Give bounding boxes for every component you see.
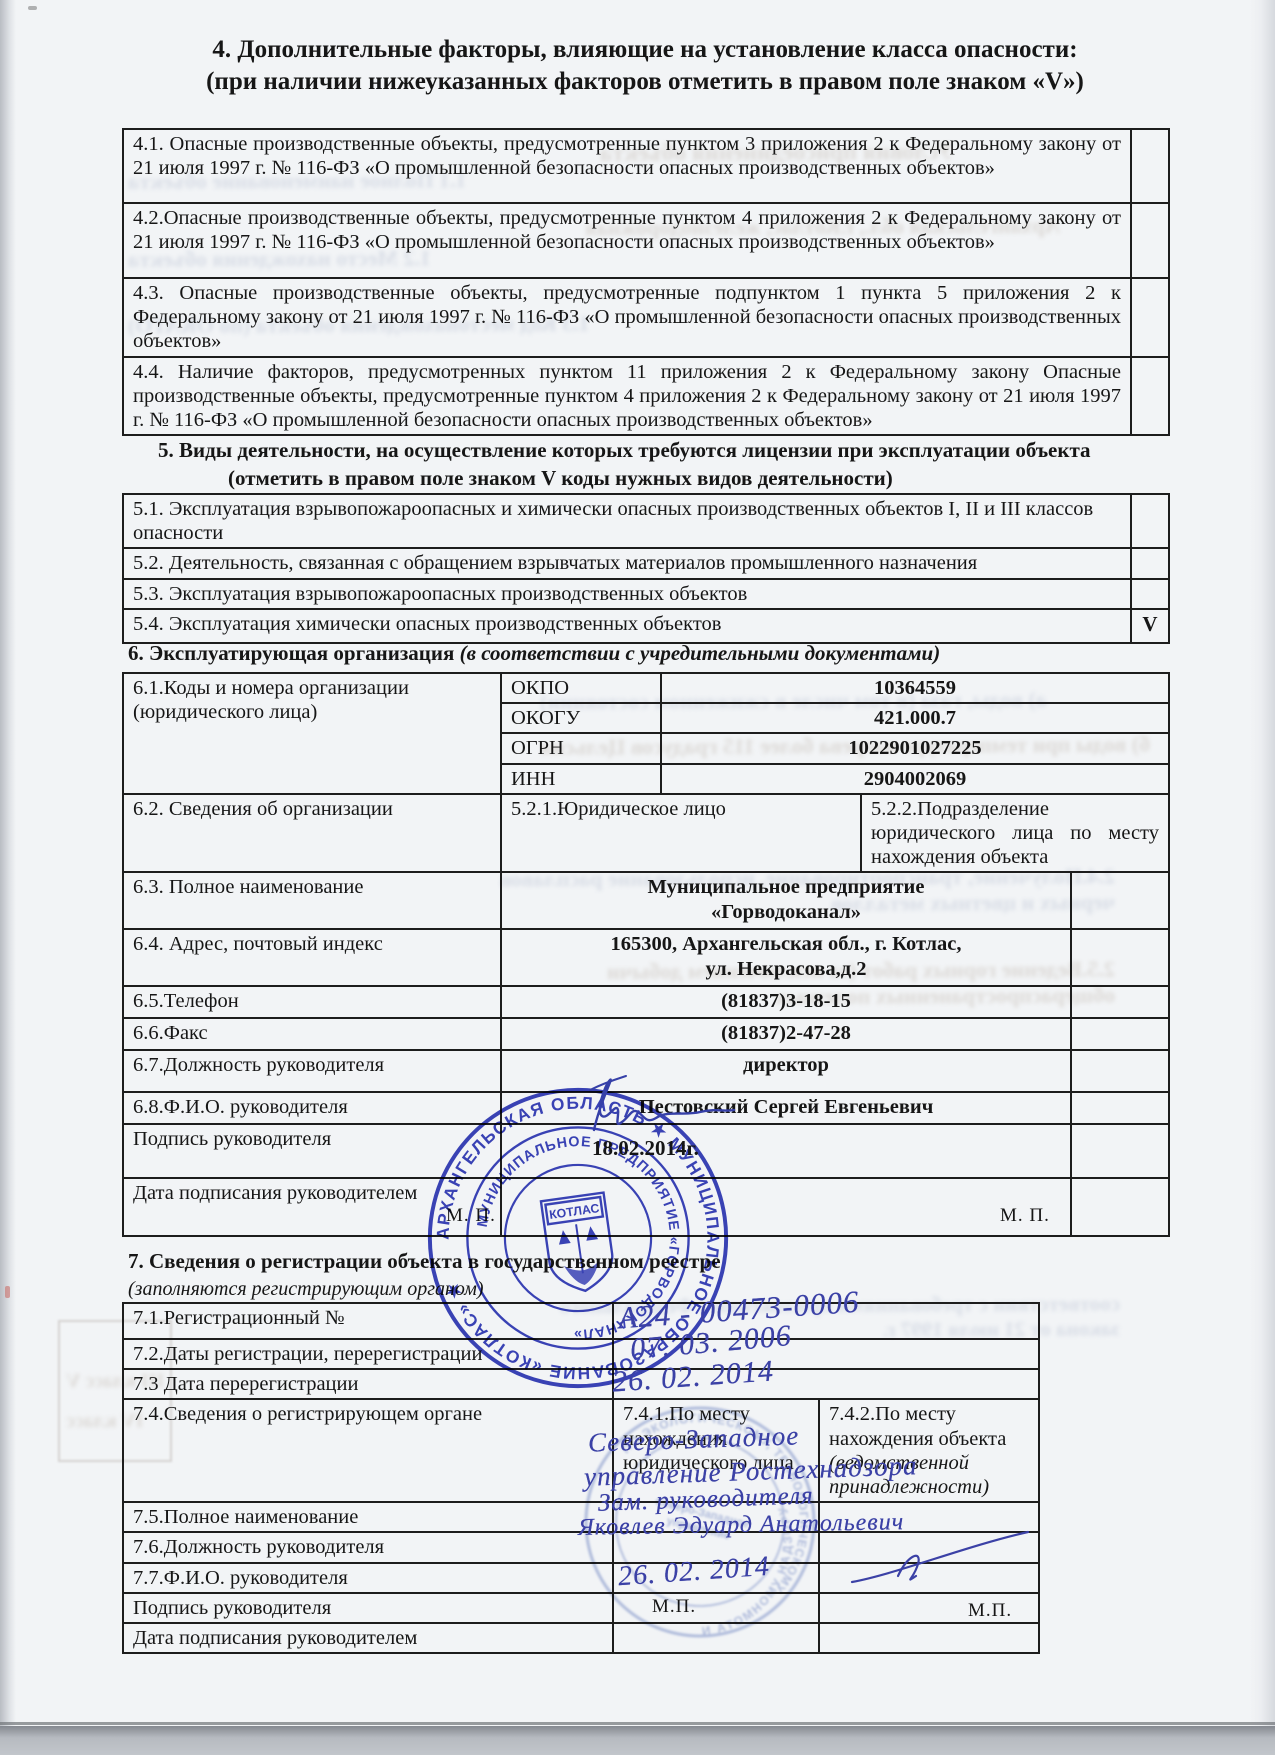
phone-value: (81837)3-18-15 <box>501 986 1071 1018</box>
activity-5-1-mark-cell <box>1131 494 1169 548</box>
org-info-label: 6.2. Сведения об организации <box>123 794 501 873</box>
full-name-line2: «Горводоканал» <box>511 900 1061 924</box>
stamp-place-right: М.П. <box>968 1600 1012 1622</box>
table-row: 4.1. Опасные производственные объекты, п… <box>123 129 1169 203</box>
scan-speck <box>5 1286 10 1298</box>
table-row: Дата подписания руководителем <box>123 1623 1039 1653</box>
table-row: 6.4. Адрес, почтовый индекс 165300, Арха… <box>123 929 1169 986</box>
code-ogrn-label: ОГРН <box>501 733 661 763</box>
organ-full-name-label: 7.5.Полное наименование <box>123 1502 613 1532</box>
code-inn-label: ИНН <box>501 764 661 794</box>
section4-table: 4.1. Опасные производственные объекты, п… <box>122 128 1170 436</box>
empty-cell <box>1071 1178 1169 1236</box>
by-object-cell: 7.4.2.По месту нахождения объекта (ведом… <box>819 1399 1039 1502</box>
code-okpo-label: ОКПО <box>501 673 661 703</box>
page-bottom-edge-line <box>0 1722 1275 1725</box>
activity-5-4-mark-cell: V <box>1131 609 1169 643</box>
director-sign-date: 18.02.2014г. <box>592 1136 699 1161</box>
code-okpo-value: 10364559 <box>661 673 1169 703</box>
empty-cell <box>1071 1050 1169 1092</box>
table-row: 4.3. Опасные производственные объекты, п… <box>123 278 1169 357</box>
address-line1: 165300, Архангельская обл., г. Котлас, <box>511 932 1061 956</box>
activity-5-2-text: 5.2. Деятельность, связанная с обращение… <box>123 548 1131 578</box>
table-row: 5.3. Эксплуатация взрывопожароопасных пр… <box>123 579 1169 609</box>
section6-title: 6. Эксплуатирующая организация (в соотве… <box>128 641 940 666</box>
activity-5-1-text: 5.1. Эксплуатация взрывопожароопасных и … <box>123 494 1131 548</box>
head-position-label: 6.7.Должность руководителя <box>123 1050 501 1092</box>
factor-4-1-text: 4.1. Опасные производственные объекты, п… <box>123 129 1131 203</box>
factor-4-4-mark-cell <box>1131 357 1169 436</box>
table-row: 5.2. Деятельность, связанная с обращение… <box>123 548 1169 578</box>
table-row: 4.2.Опасные производственные объекты, пр… <box>123 203 1169 278</box>
organ-signature-flourish <box>846 1524 1036 1594</box>
activity-5-2-mark-cell <box>1131 548 1169 578</box>
code-ogrn-value: 1022901027225 <box>661 733 1169 763</box>
activity-5-4-text: 5.4. Эксплуатация химически опасных прои… <box>123 609 1131 643</box>
legal-entity-cell: 5.2.1.Юридическое лицо <box>501 794 861 873</box>
full-name-value: Муниципальное предприятие «Горводоканал» <box>501 872 1071 929</box>
section6-title-note: (в соответствии с учредительными докумен… <box>460 641 941 665</box>
organ-position-label: 7.6.Должность руководителя <box>123 1532 613 1562</box>
organ-date-label: Дата подписания руководителем <box>123 1623 613 1653</box>
section4-title: 4. Дополнительные факторы, влияющие на у… <box>110 34 1180 98</box>
address-label: 6.4. Адрес, почтовый индекс <box>123 929 501 986</box>
factor-4-2-mark-cell <box>1131 203 1169 278</box>
activity-5-3-text: 5.3. Эксплуатация взрывопожароопасных пр… <box>123 579 1131 609</box>
table-row: 6.1.Коды и номера организации (юридическ… <box>123 673 1169 703</box>
empty-cell <box>1071 1018 1169 1050</box>
full-name-label: 6.3. Полное наименование <box>123 872 501 929</box>
code-inn-value: 2904002069 <box>661 764 1169 794</box>
code-okogu-value: 421.000.7 <box>661 703 1169 733</box>
page-left-edge-shadow <box>0 0 16 1755</box>
factor-4-3-mark-cell <box>1131 278 1169 357</box>
code-okogu-label: ОКОГУ <box>501 703 661 733</box>
director-signature <box>566 1072 756 1138</box>
scan-speck <box>28 6 37 10</box>
table-row: 6.2. Сведения об организации 5.2.1.Юриди… <box>123 794 1169 873</box>
division-cell: 5.2.2.Подразделение юридического лица по… <box>861 794 1169 873</box>
fax-label: 6.6.Факс <box>123 1018 501 1050</box>
address-line2: ул. Некрасова,д.2 <box>511 957 1061 981</box>
empty-cell <box>1071 986 1169 1018</box>
empty-cell <box>819 1623 1039 1653</box>
empty-cell <box>1071 929 1169 986</box>
section5-table: 5.1. Эксплуатация взрывопожароопасных и … <box>122 493 1170 644</box>
by-object-label: 7.4.2.По месту нахождения объекта <box>829 1403 1006 1449</box>
factor-4-4-text: 4.4. Наличие факторов, предусмотренных п… <box>123 357 1131 436</box>
stamp-place-right: М. П. <box>1000 1205 1050 1227</box>
reg-organ-label: 7.4.Сведения о регистрирующем органе <box>123 1399 613 1502</box>
activity-5-3-mark-cell <box>1131 579 1169 609</box>
empty-cell <box>1071 872 1169 929</box>
fax-value: (81837)2-47-28 <box>501 1018 1071 1050</box>
section5-subtitle: (отметить в правом поле знаком V коды ну… <box>228 466 893 491</box>
page-bottom-band <box>0 1726 1275 1755</box>
table-row: 6.3. Полное наименование Муниципальное п… <box>123 872 1169 929</box>
org-codes-label: 6.1.Коды и номера организации (юридическ… <box>123 673 501 794</box>
organ-sign-label: Подпись руководителя <box>123 1593 613 1623</box>
table-row: 6.5.Телефон (81837)3-18-15 <box>123 986 1169 1018</box>
table-row: 4.4. Наличие факторов, предусмотренных п… <box>123 357 1169 436</box>
full-name-line1: Муниципальное предприятие <box>511 875 1061 899</box>
phone-label: 6.5.Телефон <box>123 986 501 1018</box>
factor-4-3-text: 4.3. Опасные производственные объекты, п… <box>123 278 1131 357</box>
section4-title-line2: (при наличии нижеуказанных факторов отме… <box>110 66 1180 98</box>
section4-title-line1: 4. Дополнительные факторы, влияющие на у… <box>110 34 1180 66</box>
address-value: 165300, Архангельская обл., г. Котлас, у… <box>501 929 1071 986</box>
organ-fio-label: 7.7.Ф.И.О. руководителя <box>123 1563 613 1593</box>
table-row: 6.6.Факс (81837)2-47-28 <box>123 1018 1169 1050</box>
empty-cell <box>1071 1092 1169 1124</box>
factor-4-2-text: 4.2.Опасные производственные объекты, пр… <box>123 203 1131 278</box>
page-right-edge-shadow <box>1249 0 1275 1755</box>
section6-title-text: 6. Эксплуатирующая организация <box>128 641 454 665</box>
table-row: 5.4. Эксплуатация химически опасных прои… <box>123 609 1169 643</box>
factor-4-1-mark-cell <box>1131 129 1169 203</box>
section5-title: 5. Виды деятельности, на осуществление к… <box>158 438 1091 463</box>
empty-cell <box>1071 1124 1169 1178</box>
table-row: 5.1. Эксплуатация взрывопожароопасных и … <box>123 494 1169 548</box>
scanned-registration-form-page: Условия присоединения объекта 1.1 Полное… <box>0 0 1275 1755</box>
